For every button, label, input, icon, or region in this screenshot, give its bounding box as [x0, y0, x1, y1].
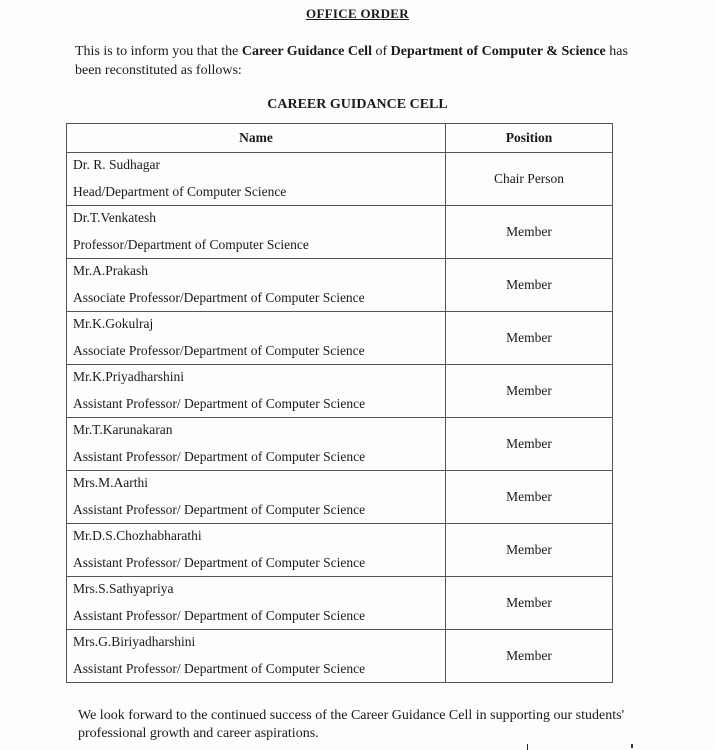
member-name: Mrs.M.Aarthi [73, 474, 445, 492]
member-position: Member [446, 259, 613, 312]
member-name-cell: Mrs.S.SathyapriyaAssistant Professor/ De… [67, 577, 446, 630]
member-name: Mrs.G.Biriyadharshini [73, 633, 445, 651]
table-row: Mr.K.GokulrajAssociate Professor/Departm… [67, 312, 613, 365]
intro-text-1: This is to inform you that the [75, 44, 242, 59]
member-designation: Assistant Professor/ Department of Compu… [73, 607, 445, 625]
intro-text-2: of [372, 44, 391, 59]
intro-department-name: Department of Computer & Science [391, 44, 606, 59]
member-position: Chair Person [446, 153, 613, 206]
member-name-cell: Dr.T.VenkateshProfessor/Department of Co… [67, 206, 446, 259]
table-row: Mr.A.PrakashAssociate Professor/Departme… [67, 259, 613, 312]
table-row: Mrs.M.AarthiAssistant Professor/ Departm… [67, 471, 613, 524]
signature-mark [527, 744, 528, 750]
members-table-body: Dr. R. SudhagarHead/Department of Comput… [67, 153, 613, 683]
table-row: Mr.D.S.ChozhabharathiAssistant Professor… [67, 524, 613, 577]
table-row: Mrs.S.SathyapriyaAssistant Professor/ De… [67, 577, 613, 630]
member-designation: Assistant Professor/ Department of Compu… [73, 660, 445, 678]
member-position: Member [446, 471, 613, 524]
table-row: Mr.K.PriyadharshiniAssistant Professor/ … [67, 365, 613, 418]
member-designation: Professor/Department of Computer Science [73, 236, 445, 254]
member-designation: Assistant Professor/ Department of Compu… [73, 395, 445, 413]
header-name: Name [67, 124, 446, 153]
table-row: Dr. R. SudhagarHead/Department of Comput… [67, 153, 613, 206]
table-row: Mrs.G.BiriyadharshiniAssistant Professor… [67, 630, 613, 683]
member-name: Mr.A.Prakash [73, 262, 445, 280]
member-position: Member [446, 524, 613, 577]
member-position: Member [446, 630, 613, 683]
member-name-cell: Dr. R. SudhagarHead/Department of Comput… [67, 153, 446, 206]
header-position: Position [446, 124, 613, 153]
table-row: Mr.T.KarunakaranAssistant Professor/ Dep… [67, 418, 613, 471]
table-row: Dr.T.VenkateshProfessor/Department of Co… [67, 206, 613, 259]
member-name-cell: Mrs.M.AarthiAssistant Professor/ Departm… [67, 471, 446, 524]
office-order-title: OFFICE ORDER [0, 6, 715, 22]
member-name-cell: Mr.T.KarunakaranAssistant Professor/ Dep… [67, 418, 446, 471]
member-name-cell: Mr.A.PrakashAssociate Professor/Departme… [67, 259, 446, 312]
cell-title: CAREER GUIDANCE CELL [0, 97, 715, 113]
member-name: Mr.T.Karunakaran [73, 421, 445, 439]
member-name-cell: Mr.K.PriyadharshiniAssistant Professor/ … [67, 365, 446, 418]
closing-paragraph: We look forward to the continued success… [78, 707, 638, 743]
signature-dot [631, 744, 633, 748]
member-name-cell: Mrs.G.BiriyadharshiniAssistant Professor… [67, 630, 446, 683]
member-designation: Assistant Professor/ Department of Compu… [73, 448, 445, 466]
intro-cell-name: Career Guidance Cell [242, 44, 372, 59]
member-name: Dr.T.Venkatesh [73, 209, 445, 227]
member-position: Member [446, 365, 613, 418]
member-position: Member [446, 206, 613, 259]
member-name: Mrs.S.Sathyapriya [73, 580, 445, 598]
member-position: Member [446, 312, 613, 365]
member-position: Member [446, 577, 613, 630]
member-name: Mr.K.Priyadharshini [73, 368, 445, 386]
member-name: Mr.D.S.Chozhabharathi [73, 527, 445, 545]
member-designation: Associate Professor/Department of Comput… [73, 342, 445, 360]
member-name: Dr. R. Sudhagar [73, 156, 445, 174]
member-designation: Assistant Professor/ Department of Compu… [73, 501, 445, 519]
member-designation: Head/Department of Computer Science [73, 183, 445, 201]
member-name-cell: Mr.D.S.ChozhabharathiAssistant Professor… [67, 524, 446, 577]
table-header-row: Name Position [67, 124, 613, 153]
member-designation: Assistant Professor/ Department of Compu… [73, 554, 445, 572]
member-position: Member [446, 418, 613, 471]
members-table: Name Position Dr. R. SudhagarHead/Depart… [66, 123, 613, 683]
member-designation: Associate Professor/Department of Comput… [73, 289, 445, 307]
member-name-cell: Mr.K.GokulrajAssociate Professor/Departm… [67, 312, 446, 365]
intro-paragraph: This is to inform you that the Career Gu… [75, 42, 635, 80]
member-name: Mr.K.Gokulraj [73, 315, 445, 333]
